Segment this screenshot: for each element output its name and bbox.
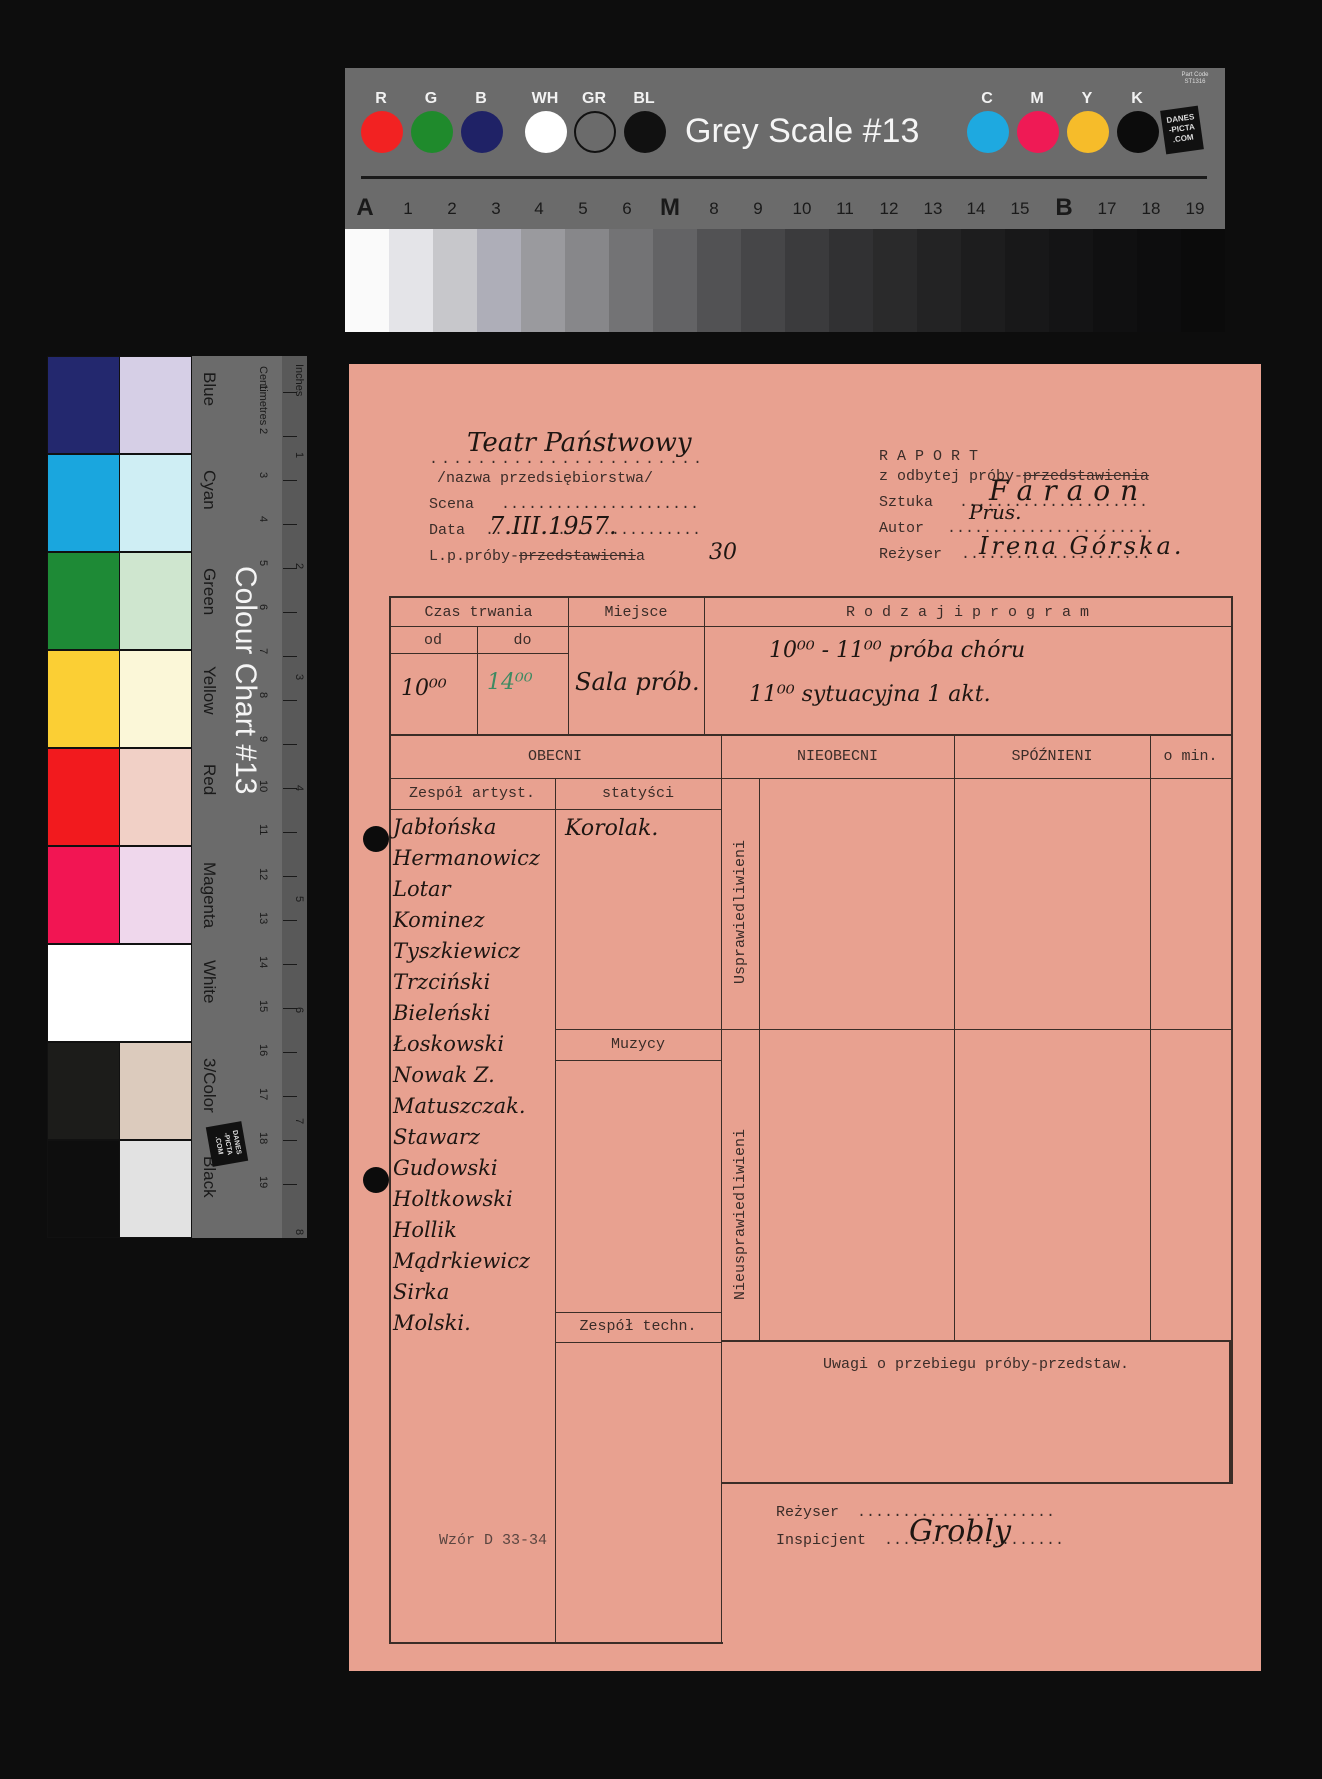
artist-name: Gudowski xyxy=(393,1153,573,1184)
o-min-header: o min. xyxy=(1150,748,1231,765)
artist-name: Nowak Z. xyxy=(393,1060,573,1091)
cm-tick-label: 12 xyxy=(257,868,269,880)
step-label: 9 xyxy=(738,199,778,219)
danes-picta-logo: DANES -PICTA .COM xyxy=(1160,106,1204,155)
tick-mark xyxy=(283,480,297,481)
step-label: 10 xyxy=(782,199,822,219)
step-label: 19 xyxy=(1175,199,1215,219)
step-label: 3 xyxy=(476,199,516,219)
black-dot-swatch xyxy=(624,111,666,153)
cm-tick-label: 4 xyxy=(257,516,269,522)
footer-rezyser-label: Reżyser xyxy=(776,1504,839,1521)
cyan-tint-swatch xyxy=(119,454,192,552)
cm-tick-label: 14 xyxy=(257,956,269,968)
tick-mark xyxy=(283,1140,297,1141)
program-line-2: 11⁰⁰ sytuacyjna 1 akt. xyxy=(749,682,991,707)
grey-step-swatch xyxy=(609,229,653,332)
part-code: Part Code ST1316 xyxy=(1165,72,1225,86)
yellow-swatch xyxy=(47,650,120,748)
dot-label-k: K xyxy=(1117,90,1157,108)
table-line xyxy=(954,734,955,1340)
nieusprawiedliwieni-label: Nieusprawiedliwieni xyxy=(732,1129,749,1300)
lp-value: 30 xyxy=(709,540,737,565)
miejsce-header: Miejsce xyxy=(568,604,704,621)
3-color-tint-swatch xyxy=(119,1042,192,1140)
cm-tick-label: 3 xyxy=(257,472,269,478)
grey-scale-chart: Part Code ST1316 R G B WH GR BL Grey Sca… xyxy=(345,68,1225,332)
cm-tick-label: 11 xyxy=(257,824,269,835)
step-label: 13 xyxy=(913,199,953,219)
artist-name: Stawarz xyxy=(393,1122,573,1153)
cm-tick-label: 9 xyxy=(257,736,269,742)
artist-name: Kominez xyxy=(393,905,573,936)
table-line xyxy=(721,734,722,1644)
obecni-header: OBECNI xyxy=(389,748,721,765)
divider xyxy=(361,176,1207,179)
tick-mark xyxy=(283,964,297,965)
step-label: 15 xyxy=(1000,199,1040,219)
table-line xyxy=(759,778,760,1340)
blue-tint-swatch xyxy=(119,356,192,454)
cm-tick-label: 13 xyxy=(257,912,269,924)
program-line-1: 10⁰⁰ - 11⁰⁰ próba chóru xyxy=(769,638,1025,663)
dot-label-bl: BL xyxy=(624,90,664,108)
black-swatch xyxy=(47,1140,120,1238)
punch-hole xyxy=(363,1167,389,1193)
red-swatch xyxy=(47,748,120,846)
step-label: 1 xyxy=(388,199,428,219)
do-value: 14⁰⁰ xyxy=(487,670,533,695)
czas-trwania-header: Czas trwania xyxy=(389,604,568,621)
grey-step-swatch xyxy=(521,229,565,332)
grey-step-swatch xyxy=(1181,229,1225,332)
statysci-value: Korolak. xyxy=(565,816,658,841)
step-label: A xyxy=(345,194,385,222)
inch-tick-label: 8 xyxy=(293,1229,305,1235)
red-tint-swatch xyxy=(119,748,192,846)
inch-tick-label: 7 xyxy=(293,1118,305,1124)
dot-label-wh: WH xyxy=(525,90,565,108)
cm-tick-label: 16 xyxy=(257,1044,269,1056)
step-label: 18 xyxy=(1131,199,1171,219)
inch-tick-label: 3 xyxy=(293,674,305,680)
table-line xyxy=(555,1029,721,1030)
cyan-dot-swatch xyxy=(967,111,1009,153)
yellow-dot-swatch xyxy=(1067,111,1109,153)
uwagi-label: Uwagi o przebiegu próby-przedstaw. xyxy=(721,1356,1231,1373)
magenta-tint-swatch xyxy=(119,846,192,944)
black-tint-swatch xyxy=(119,1140,192,1238)
white-swatch xyxy=(47,944,192,1042)
step-label: 5 xyxy=(563,199,603,219)
danes-picta-logo: DANES -PICTA .COM xyxy=(206,1121,248,1167)
dot-label-m: M xyxy=(1017,90,1057,108)
artist-name: Matuszczak. xyxy=(393,1091,573,1122)
dot-label-gr: GR xyxy=(574,90,614,108)
grey-step-swatch xyxy=(961,229,1005,332)
rehearsal-report-form: ....................... Teatr Państwowy … xyxy=(349,364,1261,1671)
step-label: 8 xyxy=(694,199,734,219)
lp-label-suffix: a xyxy=(636,548,645,565)
tick-mark xyxy=(283,700,297,701)
cm-tick-label: 17 xyxy=(257,1088,269,1100)
tick-mark xyxy=(283,1184,297,1185)
zespol-artyst-header: Zespół artyst. xyxy=(389,785,555,802)
green-swatch xyxy=(47,552,120,650)
dot-label-g: G xyxy=(411,90,451,108)
grey-step-swatch xyxy=(653,229,697,332)
artist-name: Tyszkiewicz xyxy=(393,936,573,967)
artist-name: Molski. xyxy=(393,1308,573,1339)
table-line xyxy=(555,1060,721,1061)
step-label: 6 xyxy=(607,199,647,219)
rodzaj-program-header: R o d z a j i p r o g r a m xyxy=(704,604,1231,621)
raport-title: R A P O R T xyxy=(879,448,978,465)
statysci-header: statyści xyxy=(555,785,721,802)
magenta-dot-swatch xyxy=(1017,111,1059,153)
cm-tick-label: 6 xyxy=(257,604,269,610)
grey-step-swatch xyxy=(389,229,433,332)
part-code-label: Part Code xyxy=(1165,72,1225,79)
artist-name: Bieleński xyxy=(393,998,573,1029)
colour-chart: BlueCyanGreenYellowRedMagentaWhite3/Colo… xyxy=(47,356,307,1238)
cm-tick-label: 10 xyxy=(257,780,269,792)
table-border-right xyxy=(1231,596,1233,1484)
step-label: M xyxy=(650,194,690,222)
tick-mark xyxy=(283,832,297,833)
grey-step-swatch xyxy=(433,229,477,332)
grey-step-strip xyxy=(345,229,1225,332)
table-line xyxy=(389,734,1233,736)
cm-tick-label: 5 xyxy=(257,560,269,566)
table-line xyxy=(555,1312,721,1313)
cyan-swatch xyxy=(47,454,120,552)
grey-dot-swatch xyxy=(574,111,616,153)
tick-mark xyxy=(283,436,297,437)
tick-mark xyxy=(283,1052,297,1053)
tick-mark xyxy=(283,392,297,393)
do-header: do xyxy=(477,632,568,649)
step-label: 2 xyxy=(432,199,472,219)
artists-list: JabłońskaHermanowiczLotarKominezTyszkiew… xyxy=(393,812,573,1339)
dot-label-r: R xyxy=(361,90,401,108)
sztuka-label: Sztuka xyxy=(879,494,933,511)
ruler-units-cm: Centimetres xyxy=(257,366,269,425)
table-line xyxy=(389,653,568,654)
form-code: Wzór D 33-34 xyxy=(439,1532,547,1549)
table-line xyxy=(1150,734,1151,1340)
table-border-top xyxy=(389,596,1233,598)
artist-name: Łoskowski xyxy=(393,1029,573,1060)
tick-mark xyxy=(283,656,297,657)
inch-tick-label: 1 xyxy=(293,452,305,458)
scena-label: Scena xyxy=(429,496,474,513)
step-label: B xyxy=(1044,194,1084,222)
table-line xyxy=(555,1342,721,1343)
company-value: Teatr Państwowy xyxy=(467,428,692,458)
tick-mark xyxy=(283,744,297,745)
rezyser-value: Irena Górska. xyxy=(979,532,1184,560)
grey-step-swatch xyxy=(345,229,389,332)
data-value: 7.III.1957. xyxy=(489,512,617,540)
table-line xyxy=(721,1029,1233,1030)
step-label: 14 xyxy=(956,199,996,219)
od-value: 10⁰⁰ xyxy=(401,676,447,701)
dot-label-c: C xyxy=(967,90,1007,108)
table-line xyxy=(389,626,1233,627)
tick-mark xyxy=(283,524,297,525)
cm-tick-label: 18 xyxy=(257,1132,269,1144)
scena-dots: ...................... xyxy=(501,496,699,513)
nieobecni-header: NIEOBECNI xyxy=(721,748,954,765)
grey-scale-title: Grey Scale #13 xyxy=(685,112,919,151)
part-code-value: ST1316 xyxy=(1165,79,1225,86)
step-label: 11 xyxy=(825,199,865,219)
grey-step-swatch xyxy=(1093,229,1137,332)
punch-hole xyxy=(363,826,389,852)
artist-name: Mądrkiewicz xyxy=(393,1246,573,1277)
3-color-swatch xyxy=(47,1042,120,1140)
table-line xyxy=(389,778,1233,779)
tick-mark xyxy=(283,920,297,921)
lp-label-struck: przedstawieni xyxy=(519,548,636,565)
lp-label: L.p.próby-przedstawienia xyxy=(429,548,645,565)
magenta-swatch xyxy=(47,846,120,944)
grey-step-swatch xyxy=(565,229,609,332)
inch-tick-label: 2 xyxy=(293,563,305,569)
artist-name: Lotar xyxy=(393,874,573,905)
cm-tick-label: 1 xyxy=(257,384,269,390)
artist-name: Sirka xyxy=(393,1277,573,1308)
grey-step-swatch xyxy=(697,229,741,332)
grey-step-swatch xyxy=(785,229,829,332)
miejsce-value: Sala prób. xyxy=(575,668,700,696)
dot-label-y: Y xyxy=(1067,90,1107,108)
inch-tick-label: 5 xyxy=(293,896,305,902)
cm-tick-label: 19 xyxy=(257,1176,269,1188)
autor-value: Prus. xyxy=(969,500,1022,524)
table-line xyxy=(721,1482,1231,1484)
artist-name: Holtkowski xyxy=(393,1184,573,1215)
muzycy-header: Muzycy xyxy=(555,1036,721,1053)
data-label: Data xyxy=(429,522,465,539)
lp-label-prefix: L.p.próby- xyxy=(429,548,519,565)
cm-tick-label: 8 xyxy=(257,692,269,698)
step-label: 4 xyxy=(519,199,559,219)
cm-tick-label: 2 xyxy=(257,428,269,434)
autor-label: Autor xyxy=(879,520,924,537)
grey-step-swatch xyxy=(917,229,961,332)
dot-label-b: B xyxy=(461,90,501,108)
table-border-bottom xyxy=(389,1642,723,1644)
grey-step-swatch xyxy=(873,229,917,332)
blue-dot-swatch xyxy=(461,111,503,153)
company-label: /nazwa przedsiębiorstwa/ xyxy=(437,470,653,487)
inch-tick-label: 4 xyxy=(293,785,305,791)
rezyser-label: Reżyser xyxy=(879,546,942,563)
grey-step-swatch xyxy=(829,229,873,332)
grey-step-swatch xyxy=(1137,229,1181,332)
grey-step-swatch xyxy=(477,229,521,332)
artist-name: Trzciński xyxy=(393,967,573,998)
tick-mark xyxy=(283,876,297,877)
grey-step-swatch xyxy=(741,229,785,332)
step-label: 12 xyxy=(869,199,909,219)
colour-chart-title: Colour Chart #13 xyxy=(228,566,262,794)
step-label: 17 xyxy=(1087,199,1127,219)
artist-name: Jabłońska xyxy=(393,812,573,843)
yellow-tint-swatch xyxy=(119,650,192,748)
artist-name: Hermanowicz xyxy=(393,843,573,874)
white-dot-swatch xyxy=(525,111,567,153)
grey-step-swatch xyxy=(1005,229,1049,332)
key-black-dot-swatch xyxy=(1117,111,1159,153)
footer-inspicjent-label: Inspicjent xyxy=(776,1532,866,1549)
usprawiedliwieni-label: Usprawiedliwieni xyxy=(732,840,749,984)
zespol-techn-header: Zespół techn. xyxy=(555,1318,721,1335)
swatch-label: Black xyxy=(199,1156,219,1276)
blue-swatch xyxy=(47,356,120,454)
green-tint-swatch xyxy=(119,552,192,650)
inch-tick-label: 6 xyxy=(293,1007,305,1013)
table-line xyxy=(721,1340,1233,1342)
green-dot-swatch xyxy=(411,111,453,153)
cm-tick-label: 7 xyxy=(257,648,269,654)
inspicjent-signature: Grobly xyxy=(909,1514,1011,1549)
cm-tick-label: 15 xyxy=(257,1000,269,1012)
spoznieni-header: SPÓŹNIENI xyxy=(954,748,1150,765)
artist-name: Hollik xyxy=(393,1215,573,1246)
tick-mark xyxy=(283,612,297,613)
tick-mark xyxy=(283,1096,297,1097)
red-dot-swatch xyxy=(361,111,403,153)
ruler xyxy=(282,356,307,1238)
grey-step-swatch xyxy=(1049,229,1093,332)
od-header: od xyxy=(389,632,477,649)
